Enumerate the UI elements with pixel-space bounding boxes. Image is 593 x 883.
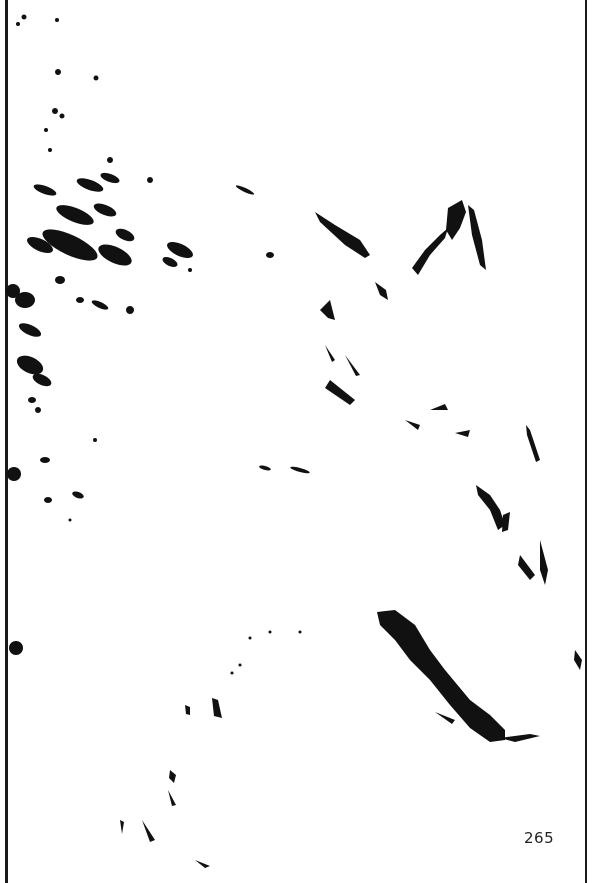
- wolf-illustration: [0, 0, 593, 883]
- page-number: 265: [524, 829, 554, 847]
- book-page: 265: [0, 0, 593, 883]
